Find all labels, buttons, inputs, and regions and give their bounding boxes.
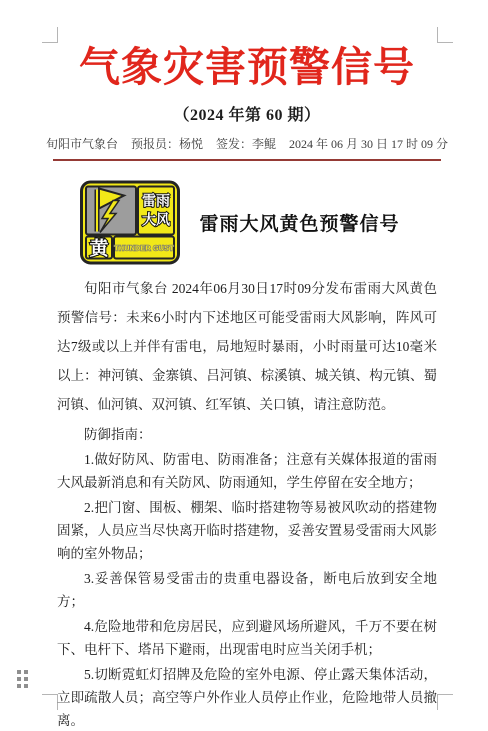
guide-item: 2.把门窗、围板、棚架、临时搭建物等易被风吹动的搭建物固紧，人员应当尽快离开临时… xyxy=(57,496,437,565)
text-boundary-mark-top-right xyxy=(437,27,453,43)
meta-station: 旬阳市气象台 xyxy=(46,135,118,152)
dots-handle-icon xyxy=(17,670,28,688)
text-boundary-mark-bottom-right xyxy=(437,694,453,710)
guide-heading: 防御指南： xyxy=(57,423,437,446)
guide-item: 1.做好防风、防雷电、防雨准备；注意有关媒体报道的雷雨大风最新消息和有关防风、防… xyxy=(57,448,437,494)
icon-text-leiyu: 雷雨 xyxy=(142,193,170,209)
meta-forecaster: 预报员：杨悦 xyxy=(131,135,203,152)
warning-document-page: 气象灾害预警信号 （2024 年第 60 期） 旬阳市气象台 预报员：杨悦 签发… xyxy=(0,0,488,731)
meta-line: 旬阳市气象台 预报员：杨悦 签发：李鲲 2024 年 06 月 30 日 17 … xyxy=(57,135,437,152)
defense-guide: 防御指南： 1.做好防风、防雷电、防雨准备；注意有关媒体报道的雷雨大风最新消息和… xyxy=(57,423,437,731)
thunder-gust-yellow-warning-icon: 雷雨 大风 黄 THUNDER GUST xyxy=(80,180,180,265)
warning-sign-graphic: 雷雨 大风 黄 THUNDER GUST xyxy=(80,180,180,265)
icon-text-thunder-gust: THUNDER GUST xyxy=(114,244,174,253)
icon-text-level-yellow: 黄 xyxy=(89,237,109,260)
issue-number: （2024 年第 60 期） xyxy=(57,102,437,125)
warning-body-text: 旬阳市气象台 2024年06月30日17时09分发布雷雨大风黄色预警信号：未来6… xyxy=(57,274,437,419)
signal-heading: 雷雨大风黄色预警信号 xyxy=(180,209,437,236)
meta-signer: 签发：李鲲 xyxy=(216,135,276,152)
document-content: 气象灾害预警信号 （2024 年第 60 期） 旬阳市气象台 预报员：杨悦 签发… xyxy=(57,0,437,731)
text-boundary-mark-bottom-left xyxy=(42,694,58,710)
guide-item: 3.妥善保管易受雷击的贵重电器设备，断电后放到安全地方； xyxy=(57,567,437,613)
guide-item: 4.危险地带和危房居民，应到避风场所避风，千万不要在树下、电杆下、塔吊下避雨，出… xyxy=(57,615,437,661)
meta-datetime: 2024 年 06 月 30 日 17 时 09 分 xyxy=(289,135,448,152)
text-boundary-mark-top-left xyxy=(42,27,58,43)
signal-header-row: 雷雨 大风 黄 THUNDER GUST 雷雨大风黄色预警信号 xyxy=(57,180,437,265)
guide-item: 5.切断霓虹灯招牌及危险的室外电源、停止露天集体活动，立即疏散人员；高空等户外作… xyxy=(57,663,437,731)
document-title: 气象灾害预警信号 xyxy=(57,44,437,91)
icon-text-dafeng: 大风 xyxy=(142,212,171,228)
header-divider xyxy=(53,159,441,161)
